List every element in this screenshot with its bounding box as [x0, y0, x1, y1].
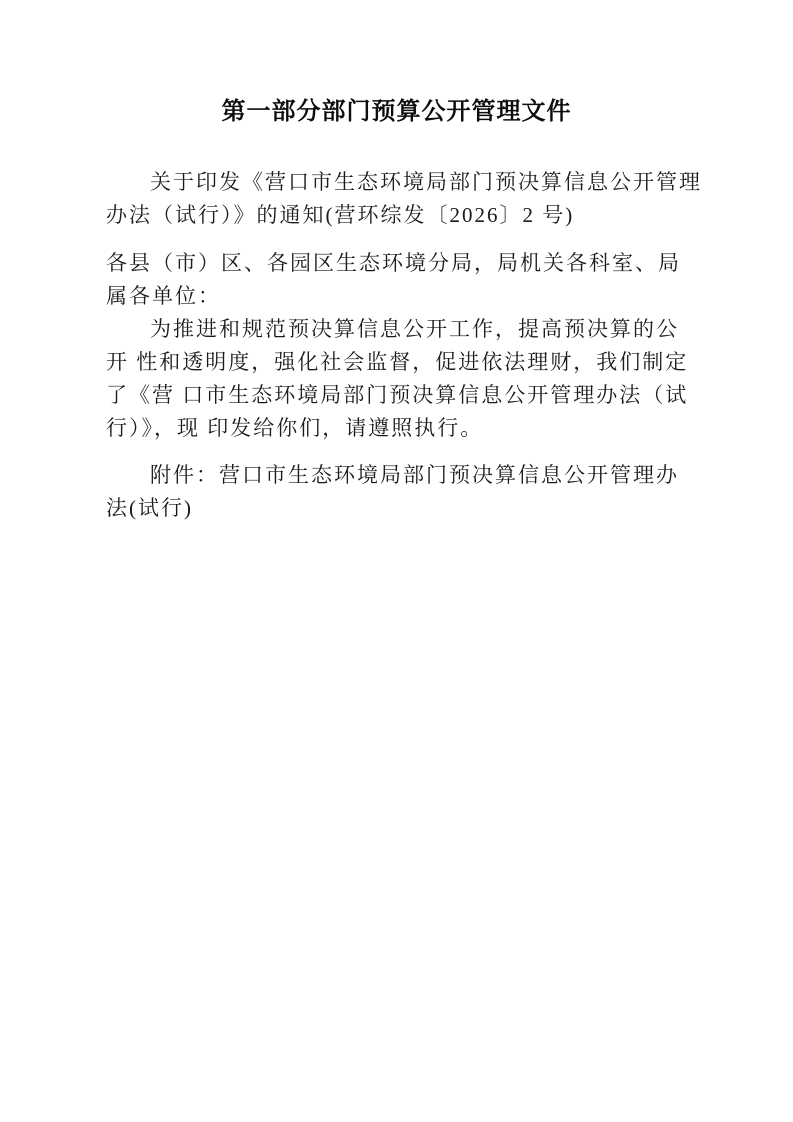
salutation: 各县（市）区、各园区生态环境分局，局机关各科室、局 属各单位： [106, 247, 692, 313]
notice-body-line-3: 了《营 口市生态环境局部门预决算信息公开管理办法（试 [106, 379, 692, 412]
notice-body: 为推进和规范预决算信息公开工作，提高预决算的公 开 性和透明度，强化社会监督，促… [106, 313, 692, 445]
notice-body-line-1: 为推进和规范预决算信息公开工作，提高预决算的公 [106, 313, 692, 346]
attachment-line-1: 附件：营口市生态环境局部门预决算信息公开管理办 [106, 459, 692, 492]
salutation-line-1: 各县（市）区、各园区生态环境分局，局机关各科室、局 [106, 247, 692, 280]
attachment-line-2: 法(试行) [106, 492, 692, 525]
document-body: 关于印发《营口市生态环境局部门预决算信息公开管理 办法（试行）》的通知(营环综发… [106, 166, 692, 525]
notice-heading-line-1: 关于印发《营口市生态环境局部门预决算信息公开管理 [106, 166, 692, 199]
section-title: 第一部分部门预算公开管理文件 [0, 96, 793, 128]
document-page: 第一部分部门预算公开管理文件 关于印发《营口市生态环境局部门预决算信息公开管理 … [0, 0, 793, 1122]
salutation-line-2: 属各单位： [106, 280, 692, 313]
notice-heading: 关于印发《营口市生态环境局部门预决算信息公开管理 办法（试行）》的通知(营环综发… [106, 166, 692, 232]
attachment-note: 附件：营口市生态环境局部门预决算信息公开管理办 法(试行) [106, 459, 692, 525]
notice-body-line-4: 行）》，现 印发给你们，请遵照执行。 [106, 412, 692, 445]
notice-heading-line-2: 办法（试行）》的通知(营环综发〔2026〕2 号) [106, 199, 692, 232]
notice-body-line-2: 开 性和透明度，强化社会监督，促进依法理财，我们制定 [106, 346, 692, 379]
